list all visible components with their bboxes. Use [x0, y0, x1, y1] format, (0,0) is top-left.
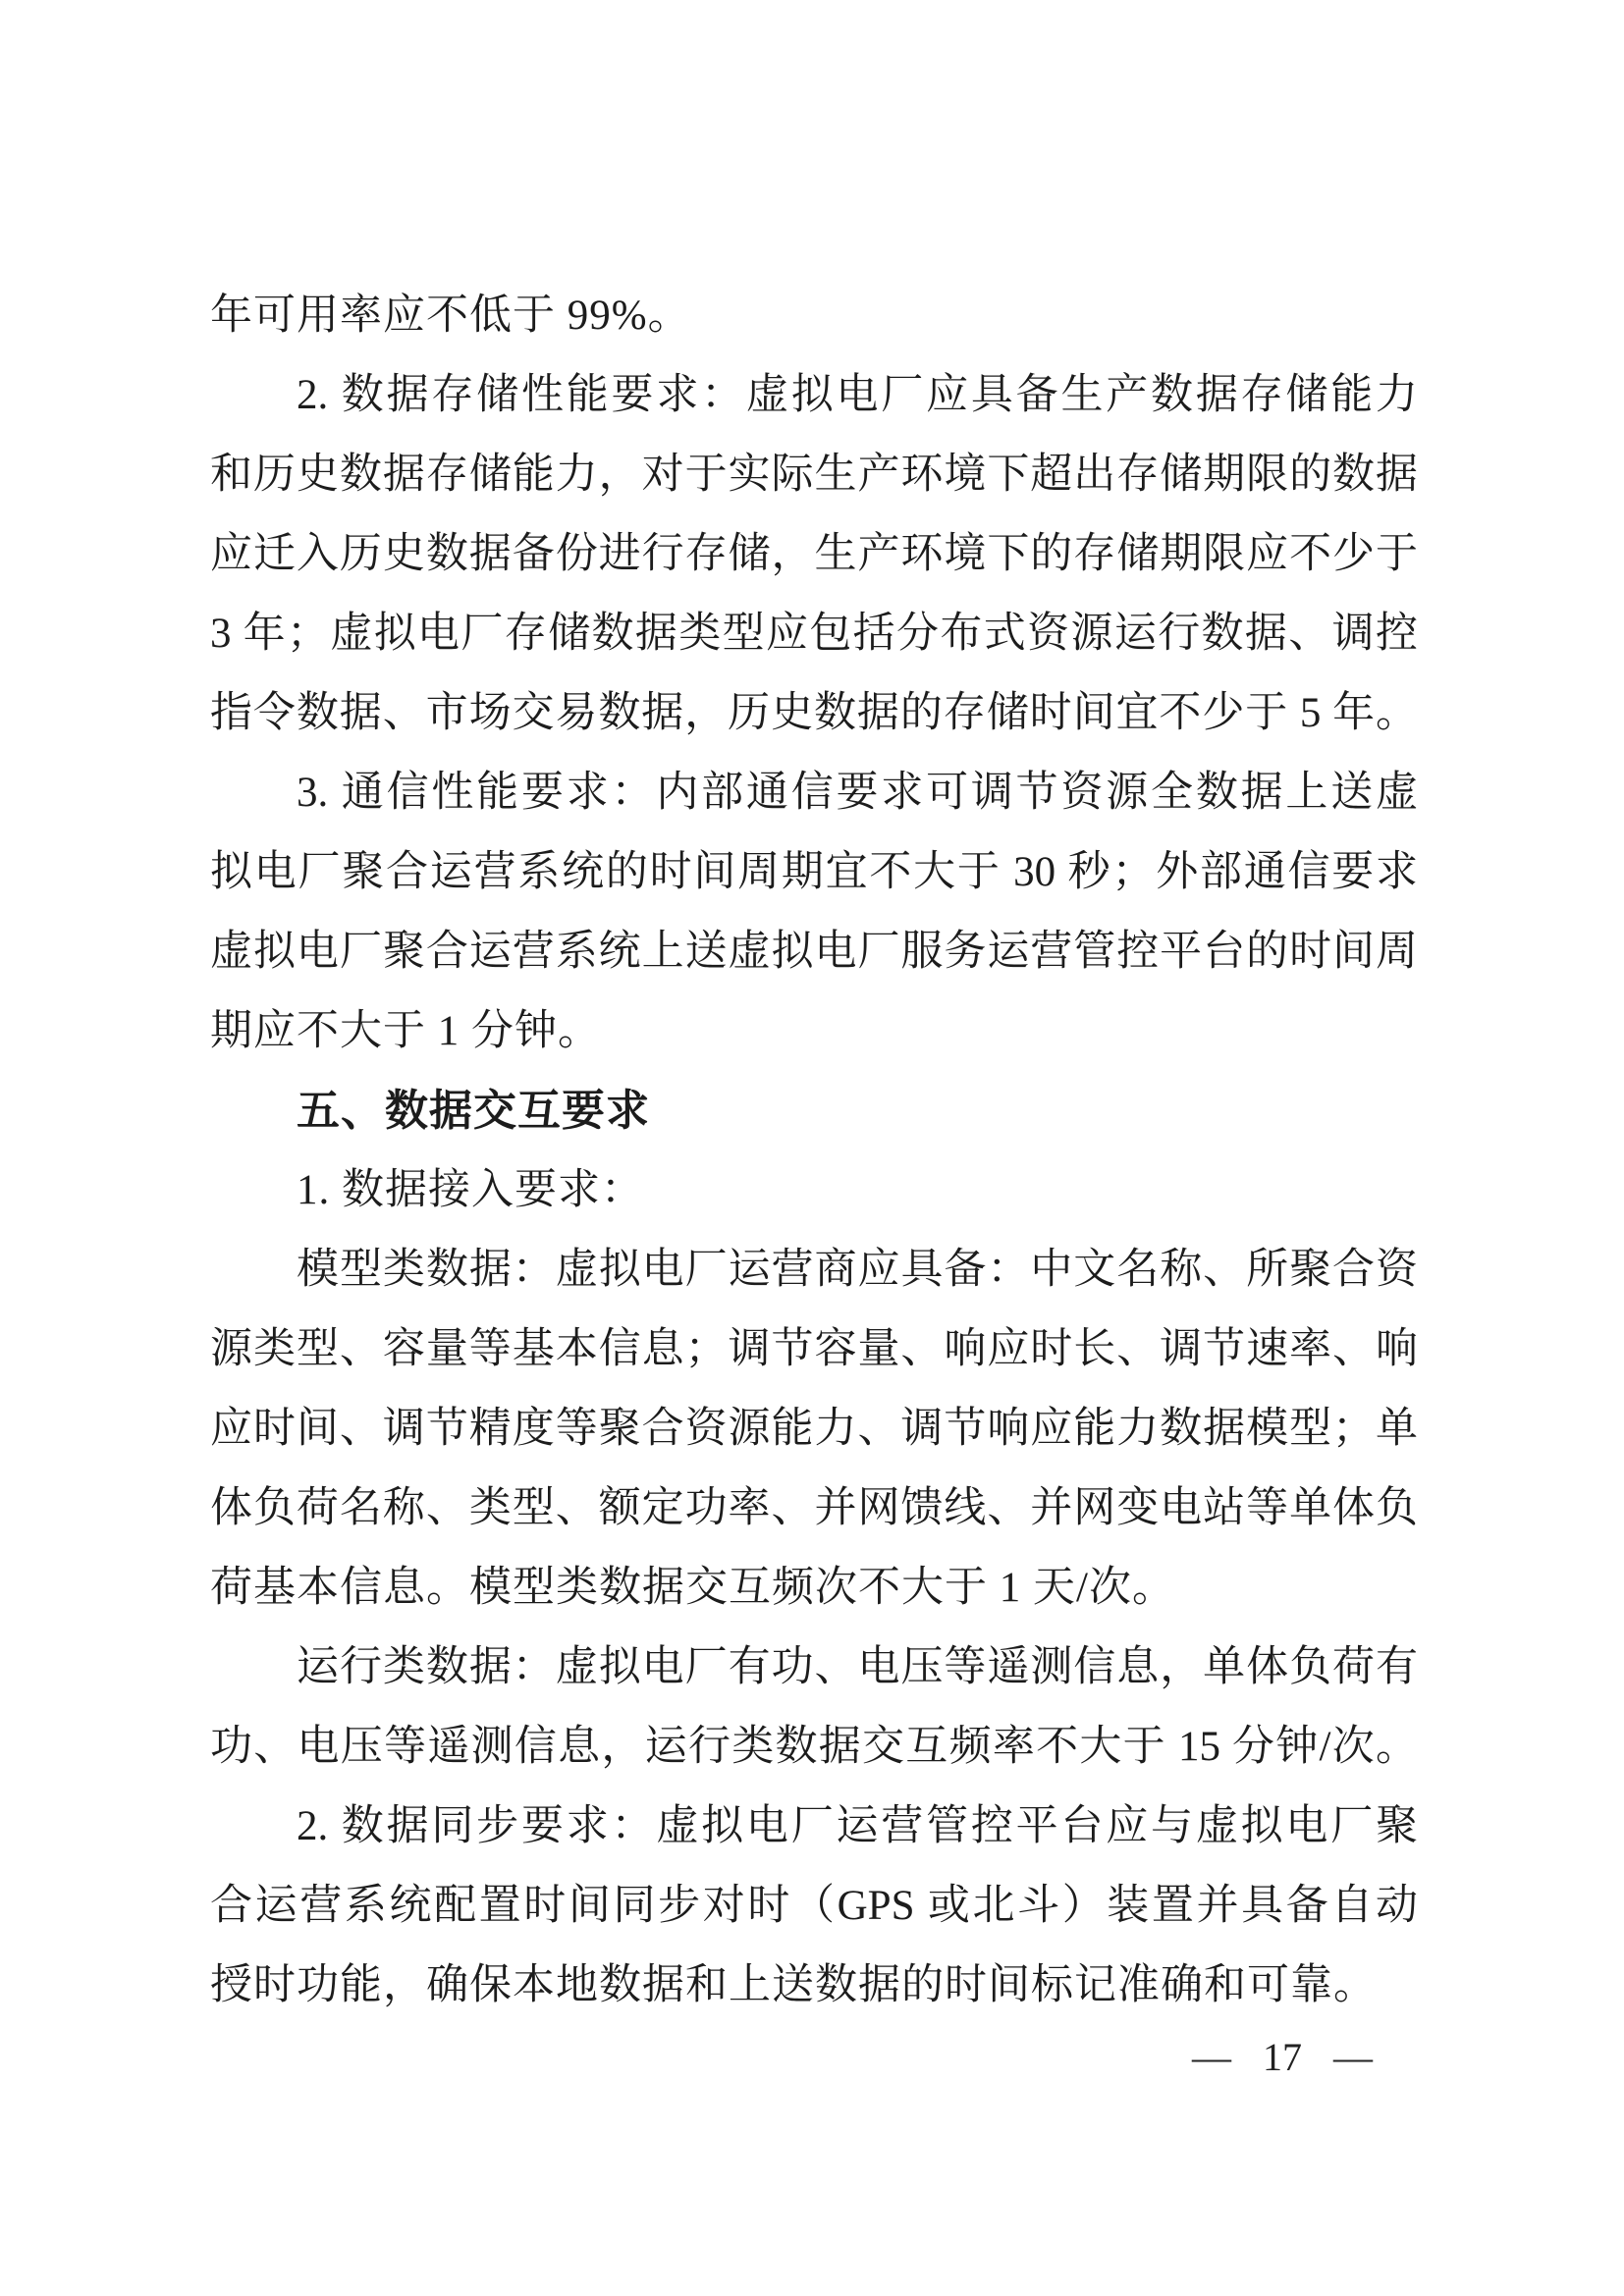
- text-line: 3 年；虚拟电厂存储数据类型应包括分布式资源运行数据、调控: [210, 594, 1418, 673]
- text-line: 指令数据、市场交易数据，历史数据的存储时间宜不少于 5 年。: [210, 673, 1418, 753]
- text-line: 2. 数据存储性能要求：虚拟电厂应具备生产数据存储能力: [210, 355, 1418, 435]
- text-line: 授时功能，确保本地数据和上送数据的时间标记准确和可靠。: [210, 1946, 1418, 2025]
- text-line: 期应不大于 1 分钟。: [210, 991, 1418, 1071]
- page-number: — 17 —: [1192, 2035, 1373, 2079]
- text-line: 荷基本信息。模型类数据交互频次不大于 1 天/次。: [210, 1548, 1418, 1628]
- text-line: 虚拟电厂聚合运营系统上送虚拟电厂服务运营管控平台的时间周: [210, 912, 1418, 991]
- text-line: 体负荷名称、类型、额定功率、并网馈线、并网变电站等单体负: [210, 1468, 1418, 1548]
- page-footer: — 17 —: [1192, 2034, 1373, 2081]
- text-line: 和历史数据存储能力，对于实际生产环境下超出存储期限的数据: [210, 435, 1418, 514]
- text-line: 年可用率应不低于 99%。: [210, 276, 1418, 355]
- section-heading: 五、数据交互要求: [210, 1071, 1418, 1150]
- text-line: 运行类数据：虚拟电厂有功、电压等遥测信息，单体负荷有: [210, 1628, 1418, 1707]
- text-line: 应时间、调节精度等聚合资源能力、调节响应能力数据模型；单: [210, 1389, 1418, 1468]
- text-line: 拟电厂聚合运营系统的时间周期宜不大于 30 秒；外部通信要求: [210, 832, 1418, 912]
- text-line: 模型类数据：虚拟电厂运营商应具备：中文名称、所聚合资: [210, 1230, 1418, 1309]
- text-line: 2. 数据同步要求：虚拟电厂运营管控平台应与虚拟电厂聚: [210, 1787, 1418, 1866]
- text-line: 功、电压等遥测信息，运行类数据交互频率不大于 15 分钟/次。: [210, 1707, 1418, 1787]
- document-page: 年可用率应不低于 99%。2. 数据存储性能要求：虚拟电厂应具备生产数据存储能力…: [0, 0, 1624, 2296]
- document-body: 年可用率应不低于 99%。2. 数据存储性能要求：虚拟电厂应具备生产数据存储能力…: [210, 276, 1418, 2025]
- text-line: 合运营系统配置时间同步对时（GPS 或北斗）装置并具备自动: [210, 1866, 1418, 1946]
- text-line: 应迁入历史数据备份进行存储，生产环境下的存储期限应不少于: [210, 514, 1418, 594]
- text-line: 1. 数据接入要求：: [210, 1150, 1418, 1230]
- text-line: 源类型、容量等基本信息；调节容量、响应时长、调节速率、响: [210, 1309, 1418, 1389]
- text-line: 3. 通信性能要求：内部通信要求可调节资源全数据上送虚: [210, 753, 1418, 832]
